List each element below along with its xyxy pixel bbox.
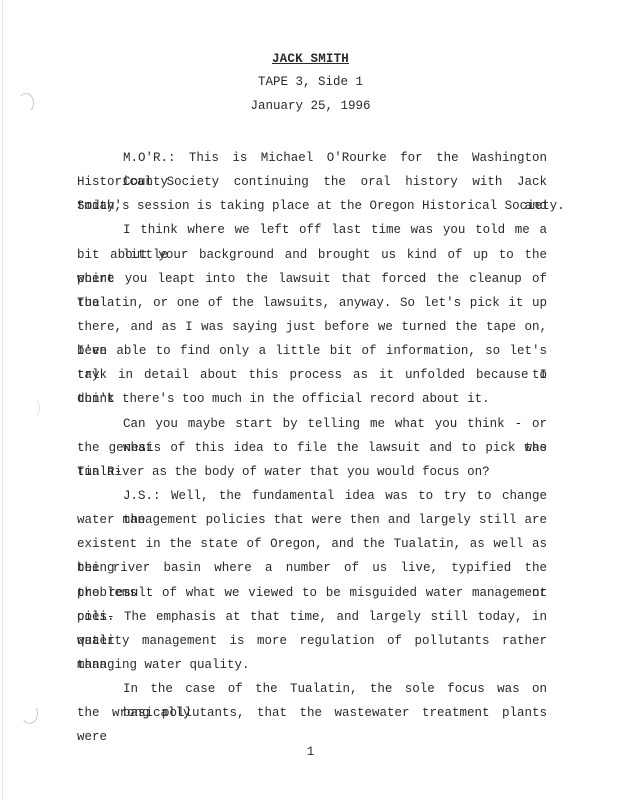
transcript-line: today's session is taking place at the O… — [77, 194, 547, 218]
scan-page-edge — [2, 0, 3, 800]
transcript-line: quality management is more regulation of… — [77, 629, 547, 653]
transcript-line: where you leapt into the lawsuit that fo… — [77, 267, 547, 291]
transcript-line: Historical Society continuing the oral h… — [77, 170, 547, 194]
session-date: January 25, 1996 — [0, 99, 621, 113]
transcript-body: M.O'R.: This is Michael O'Rourke for the… — [77, 146, 547, 725]
transcript-line: talk in detail about this process as it … — [77, 363, 547, 387]
transcript-line: managing water quality. — [77, 653, 547, 677]
punch-hole-mark-middle — [24, 398, 40, 418]
transcript-line: tin River as the body of water that you … — [77, 460, 547, 484]
page-number: 1 — [0, 745, 621, 759]
transcript-line: think there's too much in the official r… — [77, 387, 547, 411]
transcript-line: Tualatin, or one of the lawsuits, anyway… — [77, 291, 547, 315]
transcript-line: In the case of the Tualatin, the sole fo… — [77, 677, 547, 701]
transcript-line: I think where we left off last time was … — [77, 218, 547, 242]
transcript-line: there, and as I was saying just before w… — [77, 315, 547, 339]
transcript-line: water management policies that were then… — [77, 508, 547, 532]
transcript-line: Can you maybe start by telling me what y… — [77, 412, 547, 436]
transcript-line: the river basin where a number of us liv… — [77, 556, 547, 580]
transcript-line: J.S.: Well, the fundamental idea was to … — [77, 484, 547, 508]
transcript-line: the genesis of this idea to file the law… — [77, 436, 547, 460]
punch-hole-mark-bottom — [20, 703, 39, 725]
interviewee-name: JACK SMITH — [0, 52, 621, 66]
transcript-line: bit about your background and brought us… — [77, 243, 547, 267]
transcript-line: the result of what we viewed to be misgu… — [77, 581, 547, 605]
transcript-line: M.O'R.: This is Michael O'Rourke for the… — [77, 146, 547, 170]
transcript-line: the wrong pollutants, that the wastewate… — [77, 701, 547, 725]
transcript-line: cies. The emphasis at that time, and lar… — [77, 605, 547, 629]
transcript-line: existent in the state of Oregon, and the… — [77, 532, 547, 556]
tape-label: TAPE 3, Side 1 — [0, 75, 621, 89]
transcript-line: been able to find only a little bit of i… — [77, 339, 547, 363]
